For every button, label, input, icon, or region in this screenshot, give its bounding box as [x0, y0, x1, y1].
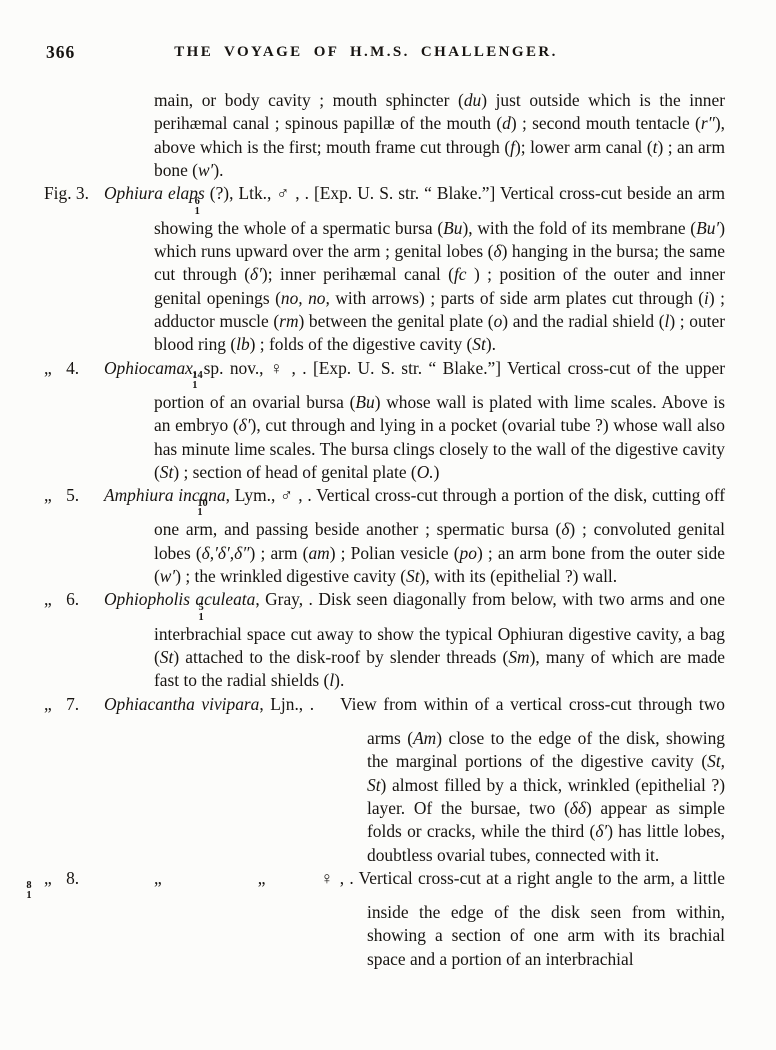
- italic-text: rm: [279, 311, 298, 331]
- caption-text: ) ; arm (: [249, 543, 308, 563]
- caption-text: ) ; folds of the digestive cavity (: [250, 334, 473, 354]
- caption-text: ) between the genital plate (: [299, 311, 494, 331]
- caption-text: ).: [334, 670, 344, 690]
- italic-text: Ophiopholis aculeata: [104, 589, 255, 609]
- figure-7: „ 7.Ophiacantha vivipara, Ljn., 51.View …: [44, 693, 725, 867]
- italic-text: w′: [198, 160, 213, 180]
- caption-text: .: [310, 694, 314, 714]
- italic-text: am: [308, 543, 329, 563]
- figure-label: Fig. 3.: [44, 182, 104, 205]
- caption-text: . Vertical cross-cut at a right angle to…: [349, 868, 725, 969]
- caption-text: „: [154, 868, 162, 888]
- italic-text: δδ: [570, 798, 586, 818]
- italic-text: Sm: [508, 647, 529, 667]
- italic-text: St: [472, 334, 486, 354]
- caption-text: ) ; second mouth tentacle (: [511, 113, 701, 133]
- italic-text: δ: [493, 241, 501, 261]
- figure-label: „ 6.: [44, 588, 104, 611]
- caption-text: ).: [213, 160, 223, 180]
- italic-text: δ,′δ′,δ″: [202, 543, 250, 563]
- caption-text: ); inner perihæmal canal (: [262, 264, 454, 284]
- italic-text: d: [502, 113, 511, 133]
- caption-text: with arrows) ; parts of side arm plates …: [330, 288, 704, 308]
- italic-text: δ′: [250, 264, 262, 284]
- italic-text: fc: [454, 264, 467, 284]
- italic-text: Bu′: [696, 218, 719, 238]
- caption-text: ♀ ,: [319, 868, 349, 888]
- running-title: THE VOYAGE OF H.M.S. CHALLENGER.: [174, 44, 558, 61]
- caption-text: ) ; the wrinkled digestive cavity (: [175, 566, 406, 586]
- italic-text: w′: [160, 566, 175, 586]
- italic-text: δ′: [595, 821, 607, 841]
- figure-label: „ 7.: [44, 693, 104, 716]
- italic-text: o: [494, 311, 503, 331]
- caption-text: „: [258, 868, 266, 888]
- caption-text: , Gray,: [255, 589, 308, 609]
- caption-text: ); lower arm canal (: [515, 137, 653, 157]
- italic-text: Ophiura elaps: [104, 183, 205, 203]
- italic-text: St: [406, 566, 420, 586]
- figure-label: „ 8.: [44, 867, 104, 890]
- italic-text: Bu: [443, 218, 462, 238]
- text-block: main, or body cavity ; mouth sphincter (…: [44, 89, 725, 971]
- caption-text: ).: [486, 334, 496, 354]
- italic-text: r″: [701, 113, 715, 133]
- italic-text: Ophiocamax: [104, 358, 193, 378]
- caption-text: ), with its (epithelial ?) wall.: [420, 566, 618, 586]
- italic-text: Ophiacantha vivipara: [104, 694, 259, 714]
- caption-text: ) attached to the disk-roof by slender t…: [173, 647, 508, 667]
- figure-label: „ 5.: [44, 484, 104, 507]
- caption-text: , Lym., ♂ ,: [226, 485, 308, 505]
- caption-text: ) ; Polian vesicle (: [330, 543, 460, 563]
- italic-text: Bu: [355, 392, 374, 412]
- figure-5: „ 5.Amphiura incana, Lym., ♂ , 101. Vert…: [44, 484, 725, 588]
- paragraph-continuation: main, or body cavity ; mouth sphincter (…: [44, 89, 725, 182]
- masthead: 366 THE VOYAGE OF H.M.S. CHALLENGER.: [0, 42, 776, 62]
- caption-text: ): [434, 462, 440, 482]
- caption-text: main, or body cavity ; mouth sphincter (: [154, 90, 464, 110]
- book-page: 366 THE VOYAGE OF H.M.S. CHALLENGER. mai…: [0, 0, 776, 1050]
- figure-4: „ 4.Ophiocamax, sp. nov., ♀ , 141. [Exp.…: [44, 357, 725, 485]
- figure-label: „ 4.: [44, 357, 104, 380]
- italic-text: St: [160, 647, 174, 667]
- caption-text: ) and the radial shield (: [502, 311, 664, 331]
- italic-text: St: [160, 462, 174, 482]
- caption-text: , Ljn.,: [259, 694, 309, 714]
- italic-text: δ′: [239, 415, 251, 435]
- italic-text: du: [464, 90, 481, 110]
- italic-text: O.: [417, 462, 434, 482]
- caption-text: , sp. nov., ♀ ,: [193, 358, 302, 378]
- italic-text: no, no,: [281, 288, 330, 308]
- figure-3: Fig. 3.Ophiura elaps (?), Ltk., ♂ , 61. …: [44, 182, 725, 356]
- figure-8: „ 8.„„♀ , 81. Vertical cross-cut at a ri…: [44, 867, 725, 971]
- figure-6: „ 6.Ophiopholis aculeata, Gray, 51. Disk…: [44, 588, 725, 692]
- italic-text: lb: [236, 334, 250, 354]
- page-number: 366: [46, 42, 75, 63]
- caption-text: ), with the fold of its membrane (: [462, 218, 696, 238]
- caption-text: (?), Ltk., ♂ ,: [205, 183, 305, 203]
- italic-text: Am: [413, 728, 436, 748]
- italic-text: po: [460, 543, 477, 563]
- caption-text: ) ; section of head of genital plate (: [173, 462, 416, 482]
